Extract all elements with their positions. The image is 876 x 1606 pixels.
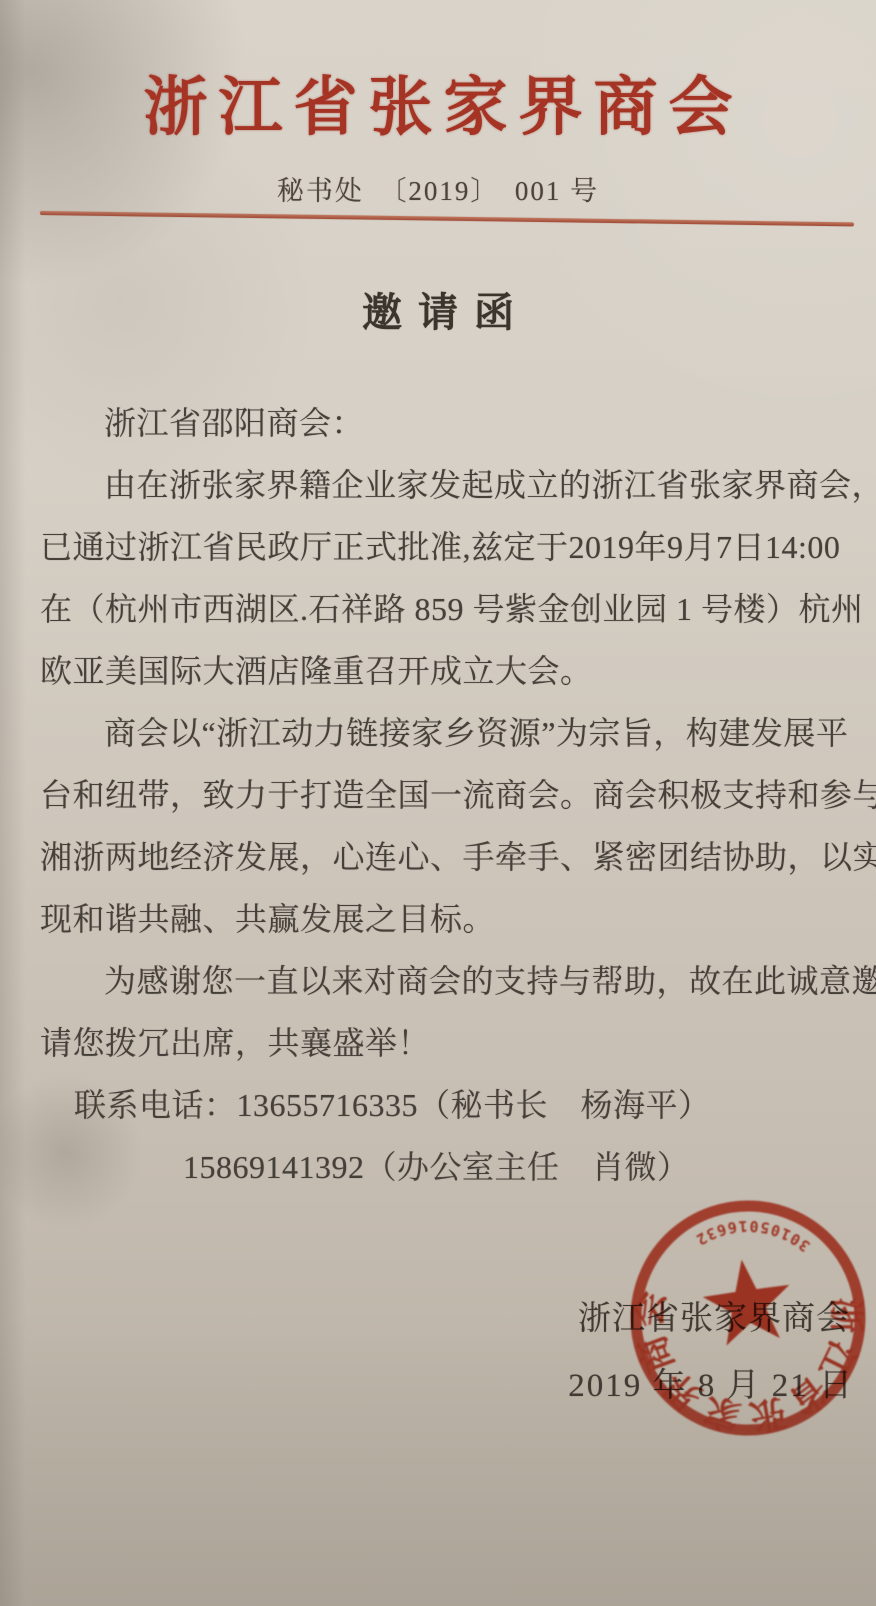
official-seal: 浙江省张家界商会 3301050166321 (616, 1186, 876, 1450)
letter-line: 台和纽带，致力于打造全国一流商会。商会积极支持和参与 (40, 764, 856, 826)
seal-rotated-group: 浙江省张家界商会 3301050166321 (622, 1200, 876, 1450)
org-title: 浙江省张家界商会 (0, 56, 876, 148)
contact-phone-line: 联系电话：13655716335（秘书长 杨海平） (40, 1074, 856, 1136)
red-star-icon (698, 1253, 796, 1348)
letter-line: 在（杭州市西湖区.石祥路 859 号紫金创业园 1 号楼）杭州 (40, 578, 856, 640)
doc-number: 秘书处 〔2019〕 001 号 (0, 169, 876, 208)
letter-line: 由在浙张家界籍企业家发起成立的浙江省张家界商会， (40, 454, 856, 516)
letter-line: 已通过浙江省民政厅正式批准,兹定于2019年9月7日14:00 (40, 516, 856, 578)
letter-line: 欧亚美国际大酒店隆重召开成立大会。 (40, 640, 856, 702)
letter-line: 为感谢您一直以来对商会的支持与帮助，故在此诚意邀 (40, 950, 856, 1012)
letter-line: 商会以“浙江动力链接家乡资源”为宗旨，构建发展平 (40, 702, 856, 764)
letter-title: 邀请函 (0, 281, 876, 338)
scanned-invitation-letter: 浙江省张家界商会 秘书处 〔2019〕 001 号 邀请函 浙江省邵阳商会： 由… (0, 0, 876, 1606)
letter-line: 湘浙两地经济发展，心连心、手牵手、紧密团结协助，以实 (40, 826, 856, 888)
letter-line: 现和谐共融、共赢发展之目标。 (40, 888, 856, 950)
letter-body: 浙江省邵阳商会： 由在浙张家界籍企业家发起成立的浙江省张家界商会， 已通过浙江省… (40, 392, 856, 1198)
letter-line: 请您拨冗出席，共襄盛举！ (40, 1012, 856, 1074)
salutation-line: 浙江省邵阳商会： (40, 392, 856, 454)
red-rule-divider (40, 211, 854, 226)
